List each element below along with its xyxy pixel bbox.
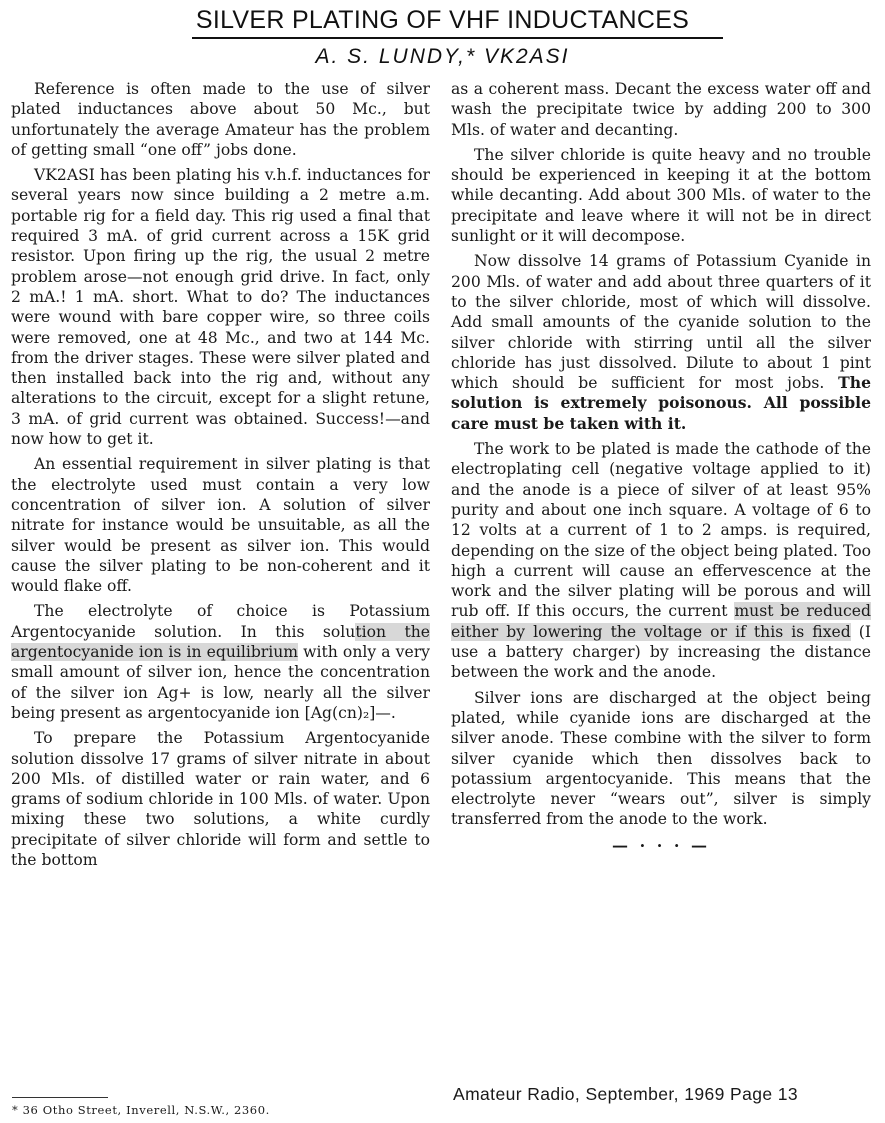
footnote-divider bbox=[12, 1097, 108, 1098]
article-title: SILVER PLATING OF VHF INDUCTANCES bbox=[0, 6, 885, 34]
footnote: * 36 Otho Street, Inverell, N.S.W., 2360… bbox=[12, 1102, 270, 1118]
end-ornament: — · · · — bbox=[451, 836, 871, 856]
text-segment: Now dissolve 14 grams of Potassium Cyani… bbox=[451, 252, 871, 392]
right-column: as a coherent mass. Decant the excess wa… bbox=[451, 79, 871, 856]
paragraph-plating-process: The work to be plated is made the cathod… bbox=[451, 439, 871, 683]
page-footer: Amateur Radio, September, 1969 Page 13 bbox=[453, 1083, 798, 1105]
paragraph-preparation: To prepare the Potassium Argento­cyanide… bbox=[11, 728, 430, 870]
text-segment: The work to be plated is made the cathod… bbox=[451, 440, 871, 620]
paragraph-background: VK2ASI has been plating his v.h.f. induc… bbox=[11, 165, 430, 449]
left-column: Reference is often made to the use of si… bbox=[11, 79, 430, 875]
paragraph-chemistry: Silver ions are discharged at the object… bbox=[451, 688, 871, 830]
paragraph-continued: as a coherent mass. Decant the excess wa… bbox=[451, 79, 871, 140]
author-byline: A. S. LUNDY,* VK2ASI bbox=[0, 44, 885, 70]
paragraph-requirement: An essential requirement in silver plati… bbox=[11, 454, 430, 596]
paragraph-electrolyte: The electrolyte of choice is Potassium A… bbox=[11, 601, 430, 723]
paragraph-silver-chloride: The silver chloride is quite heavy and n… bbox=[451, 145, 871, 246]
title-underline bbox=[192, 37, 723, 39]
paragraph-intro: Reference is often made to the use of si… bbox=[11, 79, 430, 160]
paragraph-cyanide: Now dissolve 14 grams of Potassium Cyani… bbox=[451, 251, 871, 434]
